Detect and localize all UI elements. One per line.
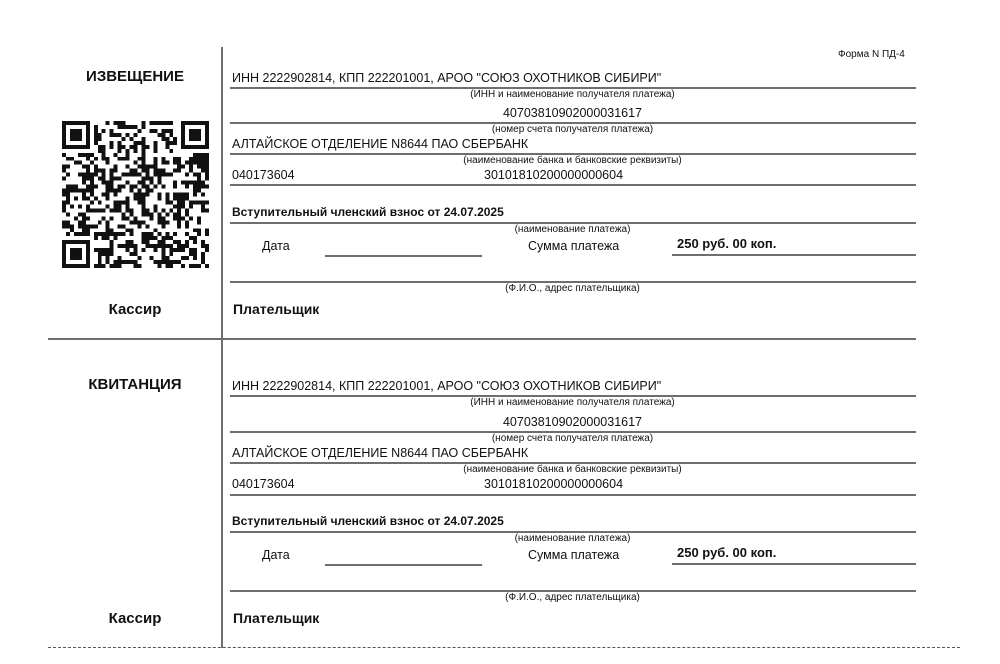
payer-field[interactable] <box>232 264 916 280</box>
cut-line <box>48 647 960 648</box>
payer-caption: (Ф.И.О., адрес плательщика) <box>230 283 915 294</box>
sum-line <box>672 563 916 565</box>
account-value: 40703810902000031617 <box>230 106 915 120</box>
payer-field[interactable] <box>232 573 916 589</box>
receipt-section: КВИТАНЦИЯ Кассир ИНН 2222902814, КПП 222… <box>0 309 1000 619</box>
corr-account-value: 30101810200000000604 <box>484 477 623 491</box>
date-line <box>325 255 482 257</box>
sum-value: 250 руб. 00 коп. <box>677 545 776 560</box>
bank-caption: (наименование банка и банковские реквизи… <box>230 464 915 475</box>
sum-line <box>672 254 916 256</box>
sum-value: 250 руб. 00 коп. <box>677 236 776 251</box>
recipient-value: ИНН 2222902814, КПП 222201001, АРОО "СОЮ… <box>232 71 661 85</box>
date-label: Дата <box>262 239 290 253</box>
bank-details-line <box>230 184 916 186</box>
recipient-caption: (ИНН и наименование получателя платежа) <box>230 89 915 100</box>
bik-value: 040173604 <box>232 168 295 182</box>
sum-label: Сумма платежа <box>528 239 619 253</box>
purpose-value: Вступительный членский взнос от 24.07.20… <box>232 514 504 528</box>
bank-value: АЛТАЙСКОЕ ОТДЕЛЕНИЕ N8644 ПАО СБЕРБАНК <box>232 446 528 460</box>
account-caption: (номер счета получателя платежа) <box>230 433 915 444</box>
date-field[interactable] <box>326 238 482 254</box>
cashier-label: Кассир <box>50 610 220 627</box>
recipient-caption: (ИНН и наименование получателя платежа) <box>230 397 915 408</box>
date-label: Дата <box>262 548 290 562</box>
purpose-value: Вступительный членский взнос от 24.07.20… <box>232 205 504 219</box>
purpose-caption: (наименование платежа) <box>230 533 915 544</box>
qr-code-icon <box>62 121 209 268</box>
purpose-caption: (наименование платежа) <box>230 224 915 235</box>
bank-details-line <box>230 494 916 496</box>
bank-caption: (наименование банка и банковские реквизи… <box>230 155 915 166</box>
payer-label: Плательщик <box>233 610 319 626</box>
account-value: 40703810902000031617 <box>230 415 915 429</box>
bik-value: 040173604 <box>232 477 295 491</box>
corr-account-value: 30101810200000000604 <box>484 168 623 182</box>
sum-label: Сумма платежа <box>528 548 619 562</box>
notice-section: ИЗВЕЩЕНИЕ Кассир ИНН 2222902814, КПП 222… <box>0 0 1000 310</box>
recipient-value: ИНН 2222902814, КПП 222201001, АРОО "СОЮ… <box>232 379 661 393</box>
date-field[interactable] <box>326 547 482 563</box>
payer-caption: (Ф.И.О., адрес плательщика) <box>230 592 915 603</box>
date-line <box>325 564 482 566</box>
account-caption: (номер счета получателя платежа) <box>230 124 915 135</box>
receipt-title: КВИТАНЦИЯ <box>50 376 220 393</box>
notice-title: ИЗВЕЩЕНИЕ <box>50 68 220 85</box>
bank-value: АЛТАЙСКОЕ ОТДЕЛЕНИЕ N8644 ПАО СБЕРБАНК <box>232 137 528 151</box>
